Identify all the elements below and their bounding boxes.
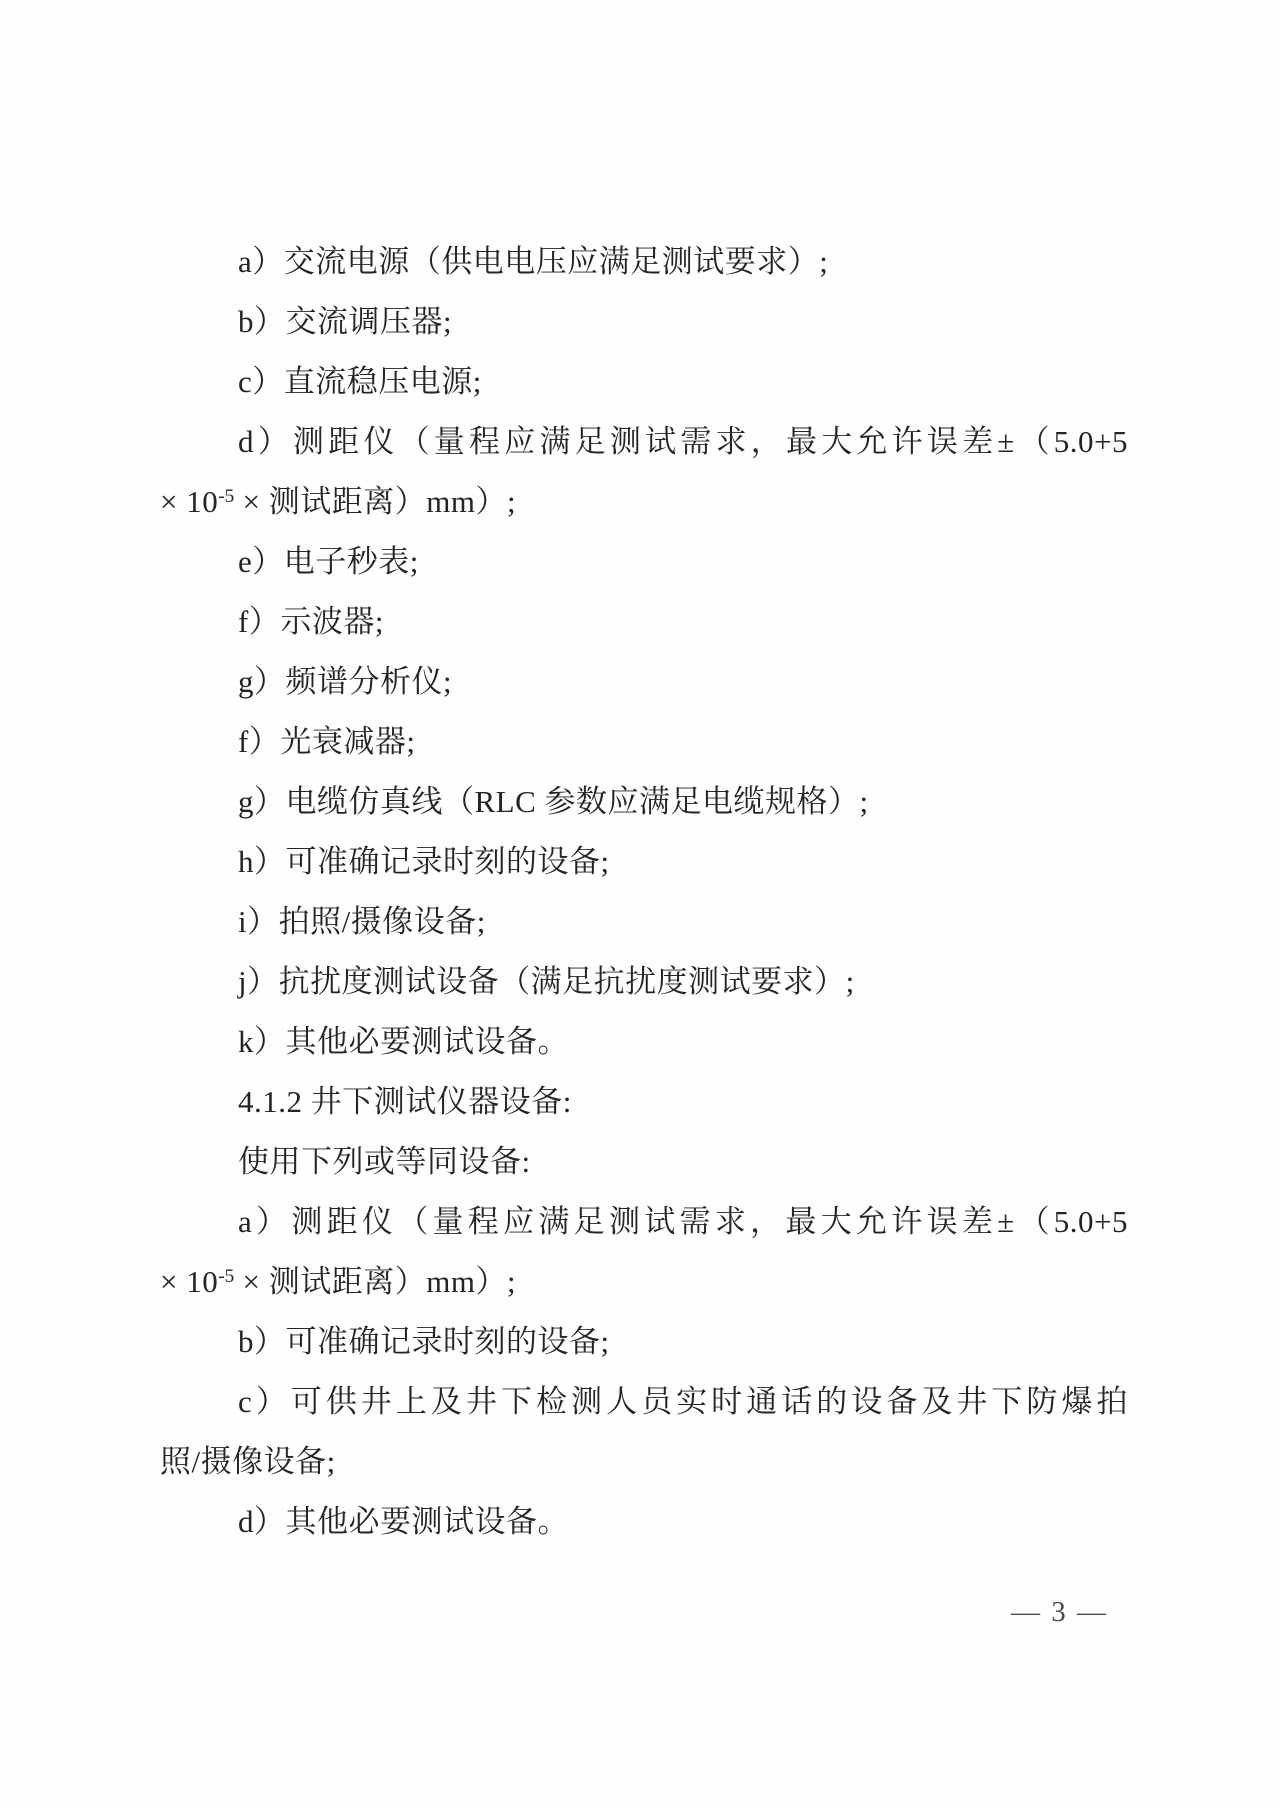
document-page: a）交流电源（供电电压应满足测试要求）;b）交流调压器;c）直流稳压电源;d）测…	[0, 0, 1280, 1810]
text-line: g）电缆仿真线（RLC 参数应满足电缆规格）;	[160, 772, 1128, 832]
text-line: c）可供井上及井下检测人员实时通话的设备及井下防爆拍	[160, 1372, 1128, 1432]
text-line: b）可准确记录时刻的设备;	[160, 1312, 1128, 1372]
text-line: 4.1.2 井下测试仪器设备:	[160, 1072, 1128, 1132]
text-segment: × 10	[160, 484, 218, 519]
text-line: h）可准确记录时刻的设备;	[160, 832, 1128, 892]
text-line: × 10-5 × 测试距离）mm）;	[160, 1252, 1128, 1312]
document-body: a）交流电源（供电电压应满足测试要求）;b）交流调压器;c）直流稳压电源;d）测…	[160, 232, 1128, 1552]
text-line: i）拍照/摄像设备;	[160, 892, 1128, 952]
text-line: a）测距仪（量程应满足测试需求，最大允许误差±（5.0+5	[160, 1192, 1128, 1252]
text-line: f）光衰减器;	[160, 712, 1128, 772]
text-line: f）示波器;	[160, 592, 1128, 652]
text-segment: × 10	[160, 1264, 218, 1299]
text-segment: × 测试距离）mm）;	[234, 484, 516, 519]
text-line: e）电子秒表;	[160, 532, 1128, 592]
text-line: 使用下列或等同设备:	[160, 1132, 1128, 1192]
text-line: d）其他必要测试设备。	[160, 1492, 1128, 1552]
text-line: k）其他必要测试设备。	[160, 1012, 1128, 1072]
text-line: b）交流调压器;	[160, 292, 1128, 352]
superscript-exponent: -5	[218, 1266, 234, 1287]
page-number: — 3 —	[1011, 1594, 1108, 1630]
text-line: d）测距仪（量程应满足测试需求，最大允许误差±（5.0+5	[160, 412, 1128, 472]
text-line: a）交流电源（供电电压应满足测试要求）;	[160, 232, 1128, 292]
text-line: × 10-5 × 测试距离）mm）;	[160, 472, 1128, 532]
text-line: 照/摄像设备;	[160, 1432, 1128, 1492]
text-line: g）频谱分析仪;	[160, 652, 1128, 712]
text-line: c）直流稳压电源;	[160, 352, 1128, 412]
superscript-exponent: -5	[218, 486, 234, 507]
text-line: j）抗扰度测试设备（满足抗扰度测试要求）;	[160, 952, 1128, 1012]
text-segment: × 测试距离）mm）;	[234, 1264, 516, 1299]
